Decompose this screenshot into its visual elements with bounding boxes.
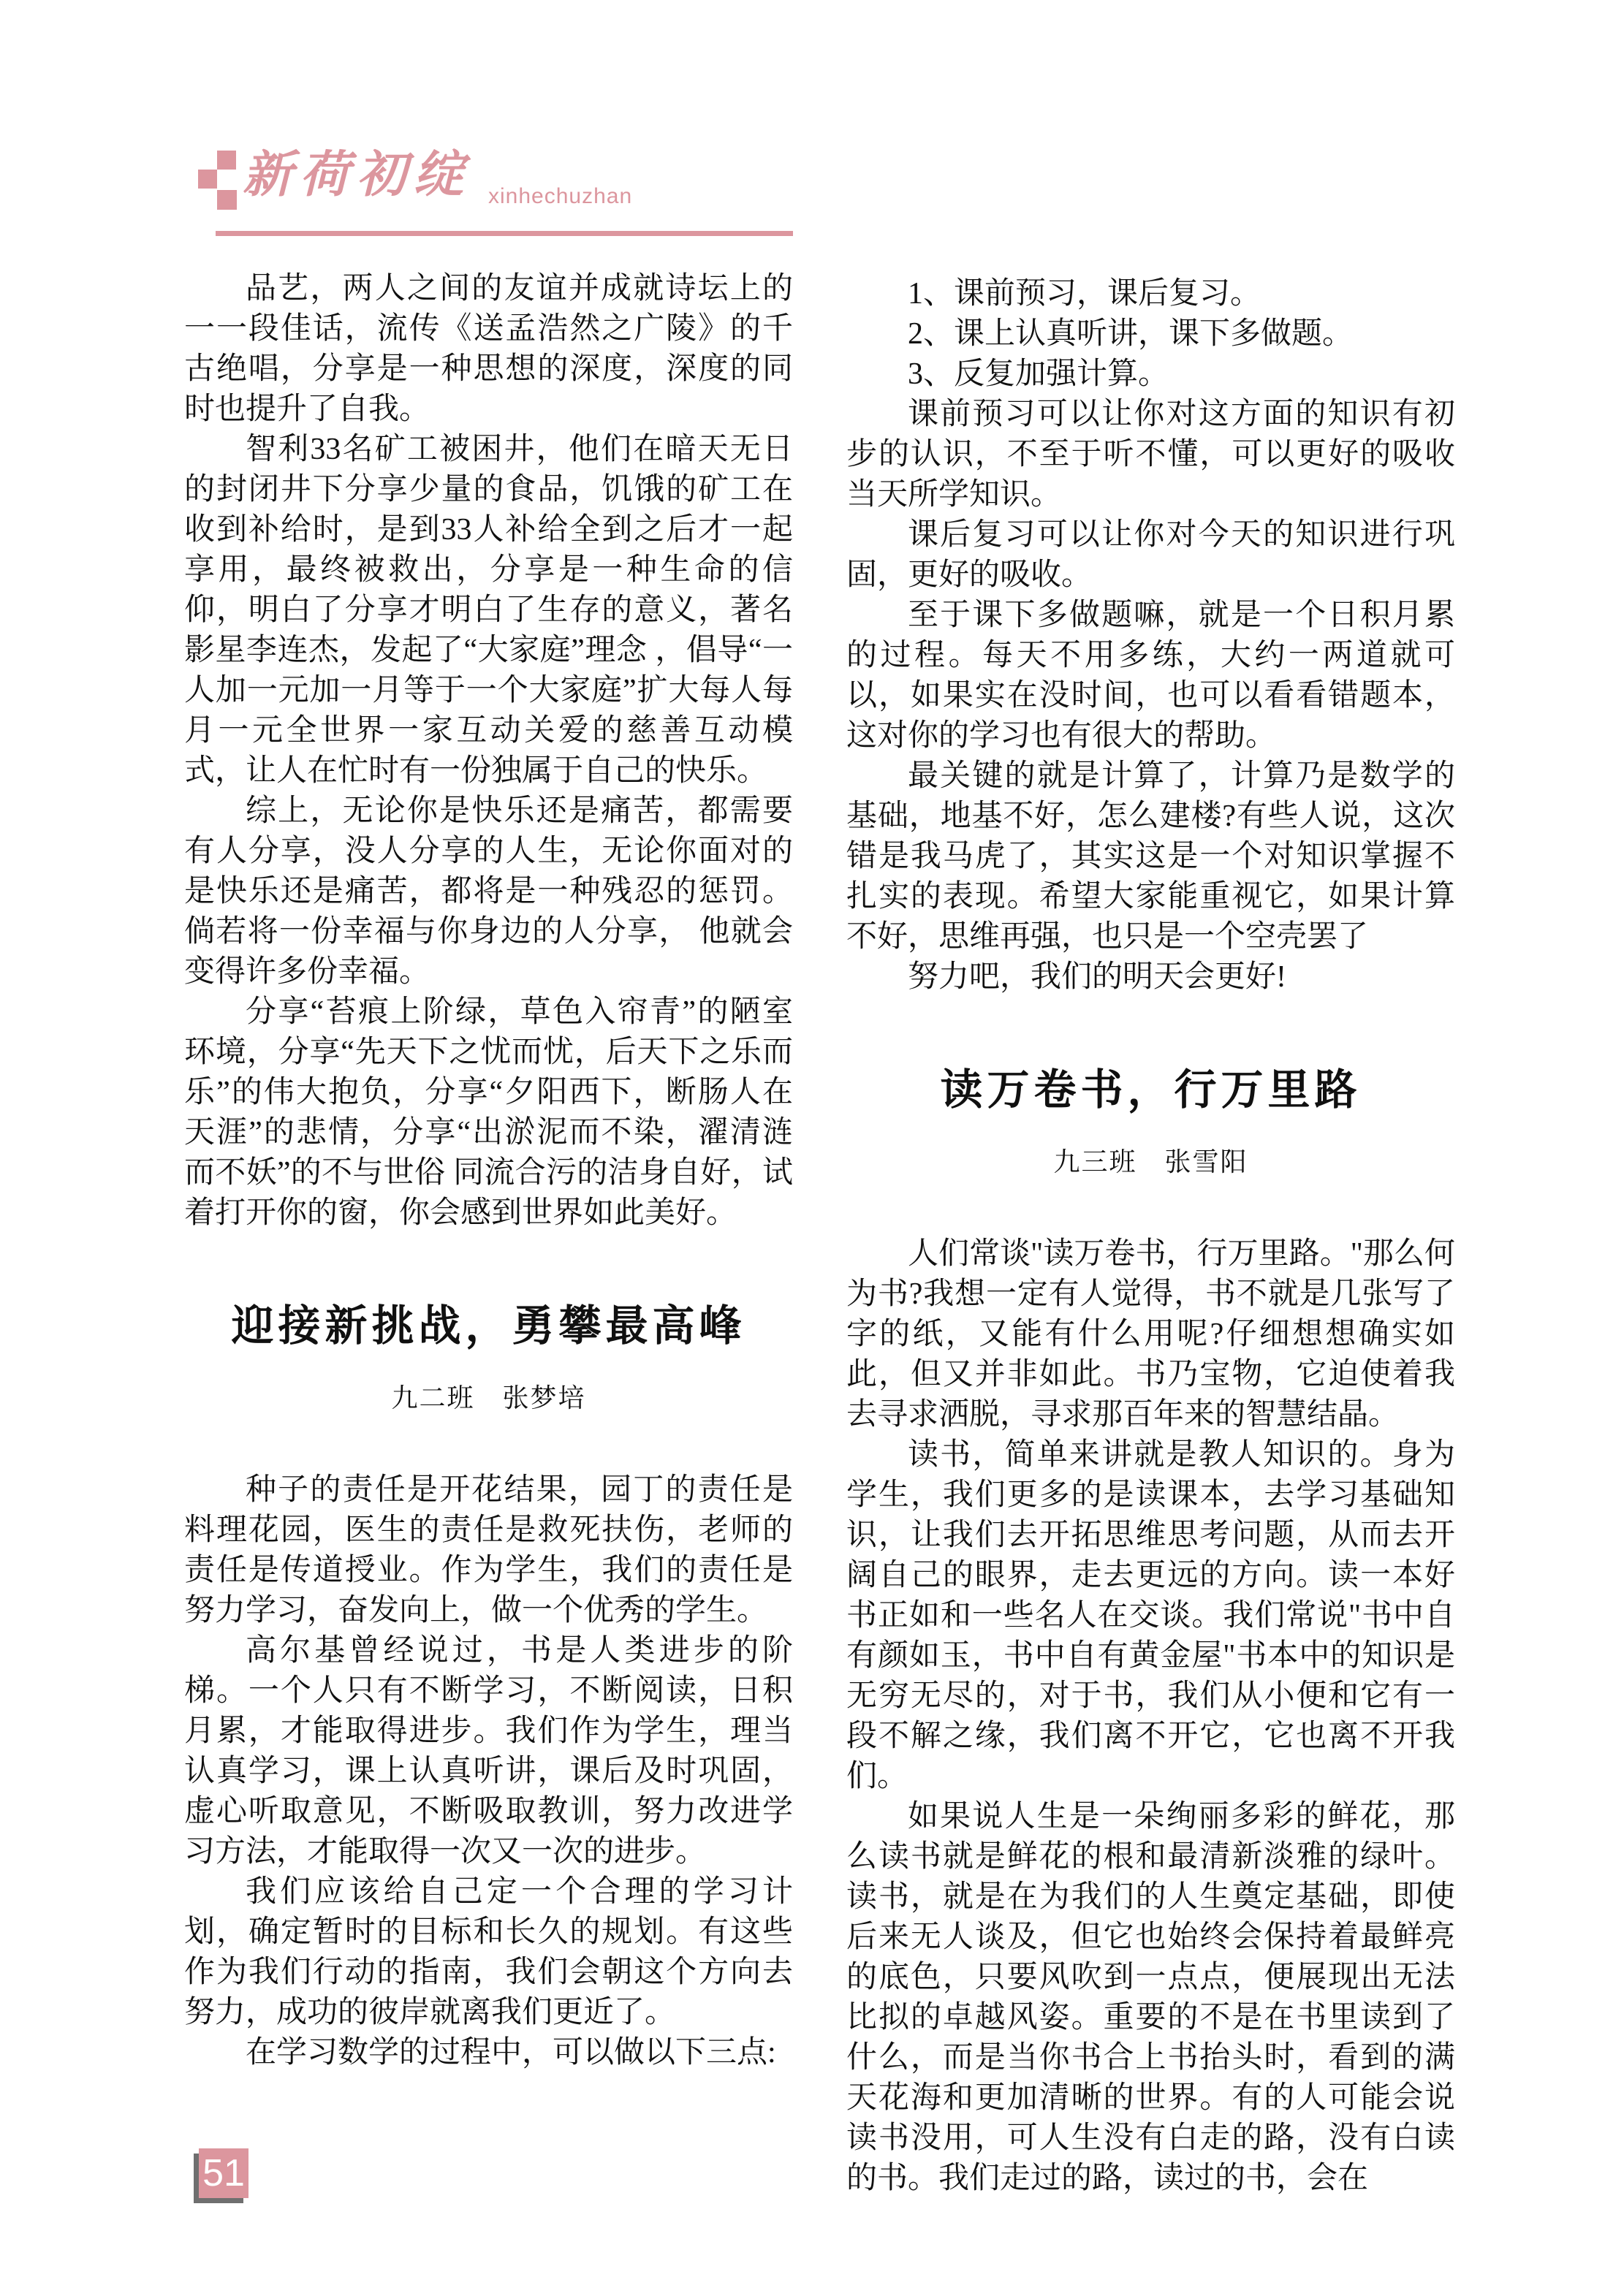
paragraph: 如果说人生是一朵绚丽多彩的鲜花，那么读书就是鲜花的根和最清新淡雅的绿叶。读书，就… [846, 1797, 1455, 2199]
paragraph: 综上，无论你是快乐还是痛苦，都需要有人分享，没人分享的人生，无论你面对的是快乐还… [184, 791, 793, 992]
paragraph: 课后复习可以让你对今天的知识进行巩固，更好的吸收。 [846, 515, 1455, 596]
page-header: 新荷初绽 xinhechuzhan [0, 0, 1624, 248]
page-number-badge: 51 [199, 2148, 248, 2198]
logo-square-icon [198, 170, 217, 189]
paragraph: 种子的责任是开花结果，园丁的责任是料理花园，医生的责任是救死扶伤，老师的责任是传… [184, 1470, 793, 1631]
paragraph: 至于课下多做题嘛，就是一个日积月累的过程。每天不用多练，大约一两道就可以，如果实… [846, 596, 1455, 756]
magazine-pinyin: xinhechuzhan [488, 184, 632, 209]
paragraph: 我们应该给自己定一个合理的学习计划，确定暂时的目标和长久的规划。有这些作为我们行… [184, 1872, 793, 2033]
article-byline: 九三班 张雪阳 [846, 1147, 1455, 1177]
magazine-title: 新荷初绽 [243, 146, 471, 203]
paragraph: 品艺，两人之间的友谊并成就诗坛上的一一段佳话，流传《送孟浩然之广陵》的千古绝唱，… [184, 269, 793, 430]
paragraph: 努力吧，我们的明天会更好! [846, 957, 1455, 997]
list-item: 3、反复加强计算。 [846, 354, 1455, 395]
paragraph: 读书，简单来讲就是教人知识的。身为学生，我们更多的是读课本，去学习基础知识，让我… [846, 1435, 1455, 1797]
logo-square-icon [217, 190, 237, 210]
logo-square-icon [217, 151, 236, 170]
paragraph: 人们常谈"读万卷书，行万里路。"那么何为书?我想一定有人觉得，书不就是几张写了字… [846, 1234, 1455, 1435]
article-title: 迎接新挑战，勇攀最高峰 [184, 1301, 793, 1352]
paragraph: 智利33名矿工被困井，他们在暗天无日的封闭井下分享少量的食品，饥饿的矿工在收到补… [184, 430, 793, 791]
header-underline [216, 231, 793, 236]
paragraph: 最关键的就是计算了，计算乃是数学的基础，地基不好，怎么建楼?有些人说，这次错是我… [846, 756, 1455, 957]
paragraph: 在学习数学的过程中，可以做以下三点: [184, 2033, 793, 2073]
paragraph: 课前预习可以让你对这方面的知识有初步的认识，不至于听不懂，可以更好的吸收当天所学… [846, 395, 1455, 515]
paragraph: 分享“苔痕上阶绿，草色入帘青”的陋室环境，分享“先天下之忧而忧，后天下之乐而乐”… [184, 992, 793, 1233]
paragraph: 高尔基曾经说过，书是人类进步的阶梯。一个人只有不断学习，不断阅读，日积月累，才能… [184, 1631, 793, 1872]
right-column: 1、课前预习，课后复习。2、课上认真听讲，课下多做题。3、反复加强计算。课前预习… [846, 274, 1455, 2199]
list-item: 1、课前预习，课后复习。 [846, 274, 1455, 314]
article-byline: 九二班 张梦培 [184, 1383, 793, 1413]
article-title: 读万卷书，行万里路 [846, 1065, 1455, 1116]
left-column: 品艺，两人之间的友谊并成就诗坛上的一一段佳话，流传《送孟浩然之广陵》的千古绝唱，… [184, 269, 793, 2073]
list-item: 2、课上认真听讲，课下多做题。 [846, 314, 1455, 354]
